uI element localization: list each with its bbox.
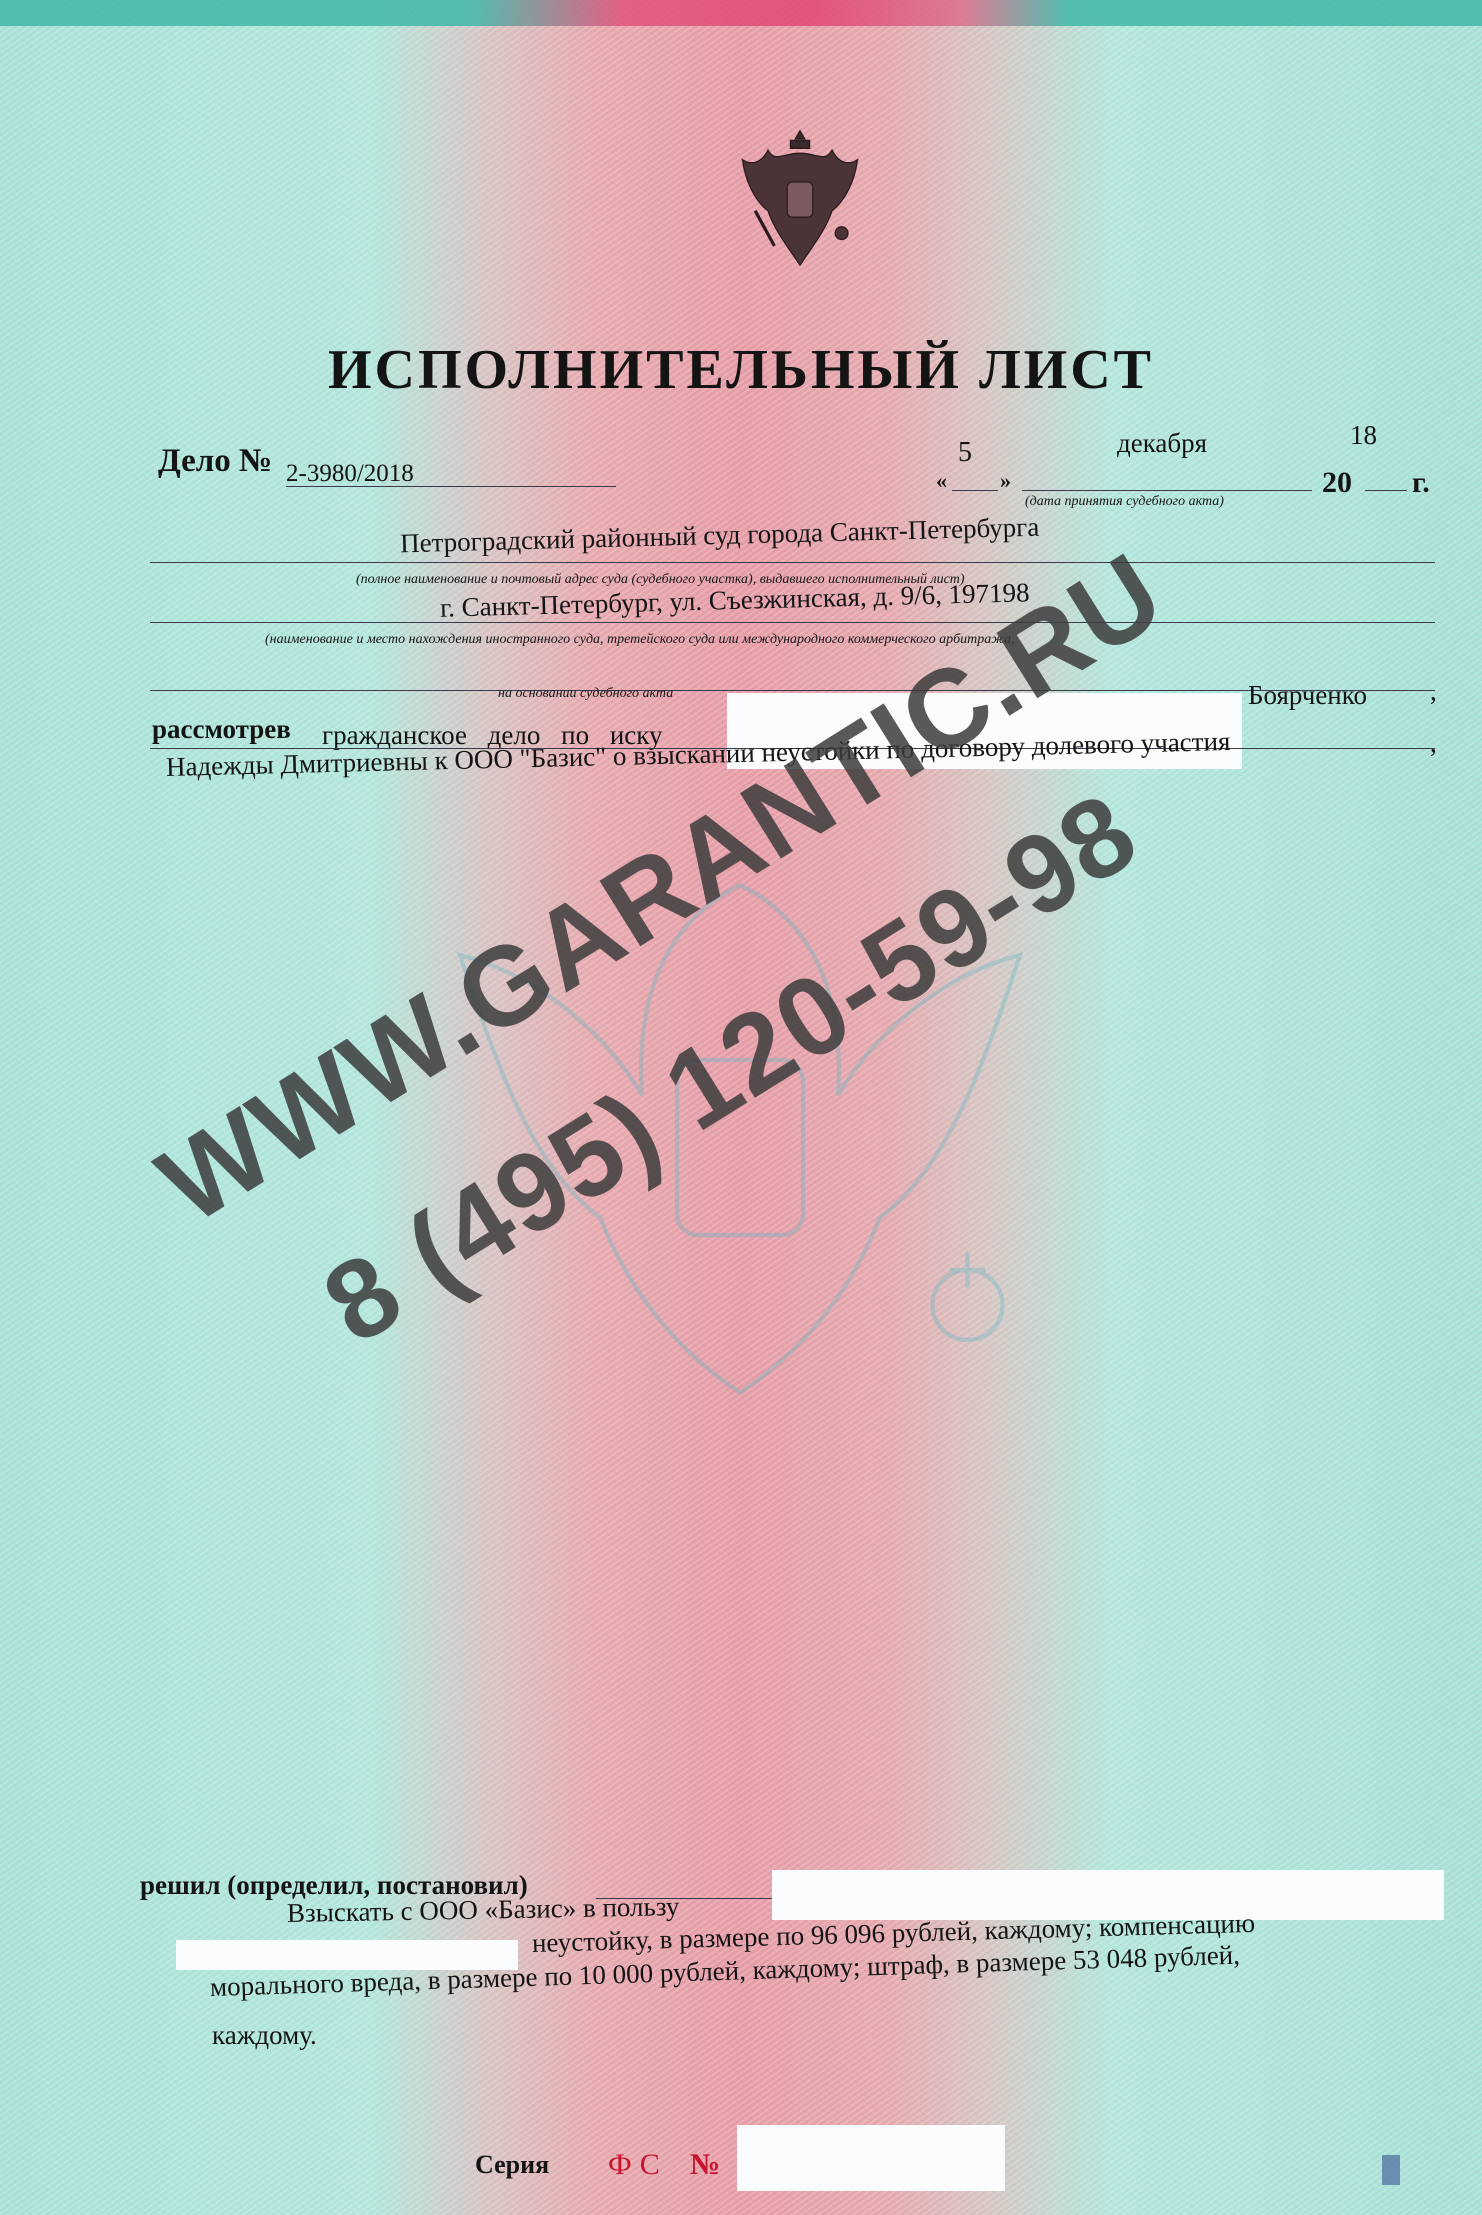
series-code: ФС — [608, 2148, 668, 2182]
date-year-suffix: 18 — [1350, 420, 1377, 451]
date-month: декабря — [1117, 428, 1207, 459]
coat-of-arms-icon — [720, 118, 880, 278]
comma-2: , — [1430, 728, 1437, 759]
claimant-surname: Боярченко — [1248, 680, 1367, 711]
series-label: Серия — [475, 2150, 549, 2180]
document-title: ИСПОЛНИТЕЛЬНЫЙ ЛИСТ — [0, 338, 1482, 402]
date-close-quote: » — [1000, 468, 1011, 494]
top-security-band — [0, 0, 1482, 26]
case-number: 2-3980/2018 — [286, 460, 414, 488]
redacted-series-number — [737, 2125, 1005, 2191]
basis-caption: на основании судебного акта — [498, 686, 673, 702]
date-day: 5 — [958, 437, 972, 469]
date-open-quote: « — [936, 468, 947, 494]
comma-1: , — [1430, 676, 1437, 707]
court-name: Петроградский районный суд города Санкт-… — [400, 512, 1040, 560]
series-number-sign: № — [690, 2148, 720, 2182]
considered-label: рассмотрев — [152, 714, 291, 745]
foreign-court-caption: (наименование и место нахождения иностра… — [265, 632, 1015, 648]
case-label: Дело № — [158, 443, 272, 480]
date-caption: (дата принятия судебного акта) — [1025, 494, 1224, 510]
date-year-prefix: 20 — [1322, 466, 1352, 500]
date-year-unit: г. — [1412, 466, 1430, 500]
ruling-line1: Взыскать с ООО «Базис» в пользу — [287, 1891, 680, 1929]
ruling-line4: каждому. — [212, 2020, 317, 2051]
security-mark — [1382, 2155, 1400, 2185]
